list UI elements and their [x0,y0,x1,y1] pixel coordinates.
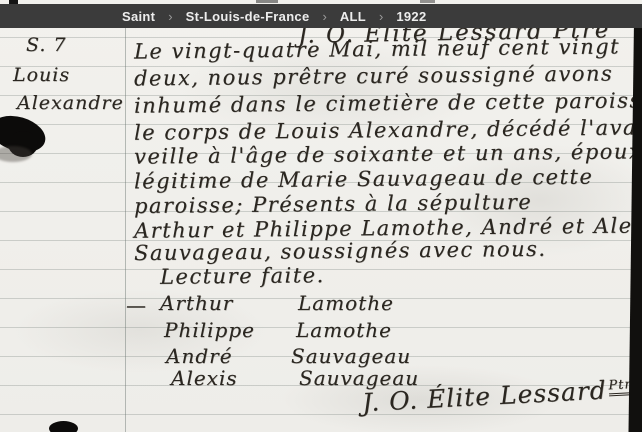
breadcrumb-item-parish[interactable]: St-Louis-de-France [186,9,310,24]
register-scan-canvas[interactable]: J. O. Élite Lessard Ptre S. 7 Louis Alex… [0,0,642,432]
chevron-right-icon: › [323,9,327,24]
margin-note-last-name: Alexandre [17,92,124,114]
signature-dash: — [126,293,146,317]
binding-hole-blot [49,421,78,432]
record-viewer-screen: J. O. Élite Lessard Ptre S. 7 Louis Alex… [0,0,642,432]
witness-signature-first: Arthur [160,291,233,315]
witness-signature-first: Alexis [171,366,238,390]
margin-note-act-number: S. 7 [26,34,67,56]
scan-artifact-mark [420,0,435,3]
chevron-right-icon: › [379,9,383,24]
margin-rule-line [125,28,126,432]
witness-signature-last: Lamothe [296,318,392,342]
breadcrumb-item-year[interactable]: 1922 [396,9,426,24]
breadcrumb: Saint › St-Louis-de-France › ALL › 1922 [0,4,642,28]
witness-signature-last: Lamothe [298,291,394,315]
register-text-line: Lecture faite. [160,262,325,290]
witness-signature-first: Philippe [164,318,255,342]
register-text-line: Le vingt-quatre Mai, mil neuf cent vingt [134,33,620,64]
scan-artifact-mark [256,0,278,3]
register-text-line: deux, nous prêtre curé soussigné avons [134,60,614,91]
margin-note-first-name: Louis [13,64,70,86]
register-text-line: inhumé dans le cimetière de cette parois… [134,87,642,118]
witness-signature-first: André [166,344,233,368]
breadcrumb-item-record-type[interactable]: ALL [340,9,366,24]
register-text-line: Sauvageau, soussignés avec nous. [134,236,547,266]
breadcrumb-item-collection[interactable]: Saint [122,9,155,24]
chevron-right-icon: › [168,9,172,24]
witness-signature-last: Sauvageau [291,344,411,368]
